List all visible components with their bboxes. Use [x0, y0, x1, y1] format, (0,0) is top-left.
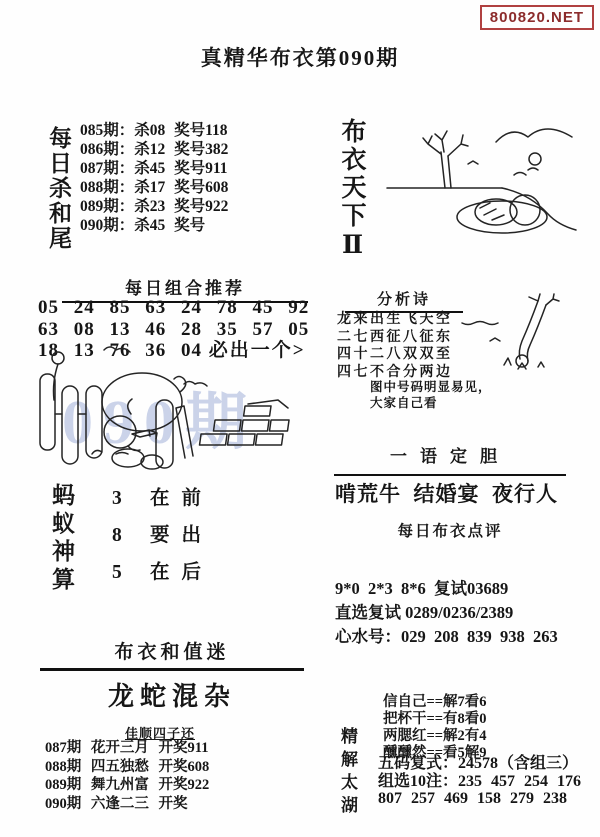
kill-record-row: 085期：杀08 奖号118 [80, 121, 228, 140]
recommend-number-lines: 9*0 2*3 8*6 复试03689 直选复试 0289/0236/2389 … [335, 577, 558, 649]
analysis-poem-lines: 龙来出生飞天空 二七西征八征东 四十二八双双至 四七不合分两边 [337, 311, 453, 381]
daily-comment-subtitle: 每日布衣点评 [334, 519, 566, 541]
history-rows: 087期 花开三月 开奖911 088期 四五独愁 开奖608 089期 舞九州… [45, 739, 209, 813]
hezhi-riddle-section: 布衣和值迷 龙蛇混杂 [40, 637, 304, 713]
ant-row: 8要出 [112, 519, 213, 547]
five-code-duplex: 五码复式：24578（含组三） [378, 755, 581, 773]
poem-line: 二七西征八征东 [337, 329, 453, 347]
cave-landscape-sketch [384, 118, 592, 238]
group-select-line: 组选10注：235 457 254 176 [378, 773, 581, 791]
kill-record-row: 086期：杀12 奖号382 [80, 140, 228, 159]
poem-line: 龙来出生飞天空 [337, 311, 453, 329]
combo-row: 05 24 85 63 24 78 45 92 [38, 297, 309, 319]
group-select-line-2: 807 257 469 158 279 238 [378, 790, 581, 808]
taihu-clue-lines: 信自己==解7看6 把杯干==有8看0 两腮红==解2有4 醺醺然==看5解9 [383, 694, 487, 762]
poem-line: 四十二八双双至 [337, 346, 453, 364]
ant-row: 3在前 [112, 482, 213, 510]
taihu-clue: 信自己==解7看6 [383, 694, 487, 711]
poem-caption-line: 大家自己看 [370, 395, 492, 411]
taihu-number-lines: 五码复式：24578（含组三） 组选10注：235 457 254 176 80… [378, 755, 581, 808]
daily-kill-records: 085期：杀08 奖号118 086期：杀12 奖号382 087期：杀45 奖… [80, 121, 228, 235]
page-title: 真精华布衣第090期 [0, 42, 600, 72]
ant-oracle-vertical-label: 蚂蚁神算 [45, 483, 78, 595]
analysis-poem-title: 分析诗 [345, 288, 463, 313]
taihu-vertical-label: 精解太湖 [335, 727, 360, 819]
combo-row: 63 08 13 46 28 35 57 05 [38, 319, 309, 341]
taihu-clue: 两腮红==解2有4 [383, 728, 487, 745]
dan-phrase: 啃荒牛 结婚宴 夜行人 [335, 478, 558, 508]
buyi-tianxia-vertical-label: 布衣天下Ⅱ [333, 118, 369, 262]
kill-record-row: 089期：杀23 奖号922 [80, 197, 228, 216]
direct-duplex-line: 直选复试 0289/0236/2389 [335, 601, 558, 625]
pig-and-pillars-sketch [32, 342, 308, 472]
lucky-numbers-line: 心水号：029 208 839 938 263 [335, 625, 558, 649]
ant-oracle-rows: 3在前 8要出 5在后 [112, 482, 213, 593]
history-row: 090期 六逢二三 开奖 [45, 795, 209, 814]
duplex-line: 9*0 2*3 8*6 复试03689 [335, 577, 558, 601]
one-phrase-dan-title: 一语定胆 [334, 442, 566, 476]
site-badge: 800820.NET [480, 5, 594, 30]
kill-record-row: 087期：杀45 奖号911 [80, 159, 228, 178]
leaning-tree-sketch [460, 293, 562, 377]
history-row: 088期 四五独愁 开奖608 [45, 758, 209, 777]
poem-caption-line: 图中号码明显易见， [370, 379, 492, 395]
history-row: 089期 舞九州富 开奖922 [45, 776, 209, 795]
kill-record-row: 090期：杀45 奖号 [80, 216, 228, 235]
hezhi-title: 布衣和值迷 [40, 637, 304, 671]
ant-row: 5在后 [112, 556, 213, 584]
taihu-clue: 把杯干==有8看0 [383, 711, 487, 728]
hezhi-answer: 龙蛇混杂 [40, 676, 304, 713]
kill-record-row: 088期：杀17 奖号608 [80, 178, 228, 197]
history-row: 087期 花开三月 开奖911 [45, 739, 209, 758]
daily-kill-vertical-label: 每日杀和尾 [42, 126, 75, 251]
poem-caption: 图中号码明显易见， 大家自己看 [370, 379, 492, 411]
